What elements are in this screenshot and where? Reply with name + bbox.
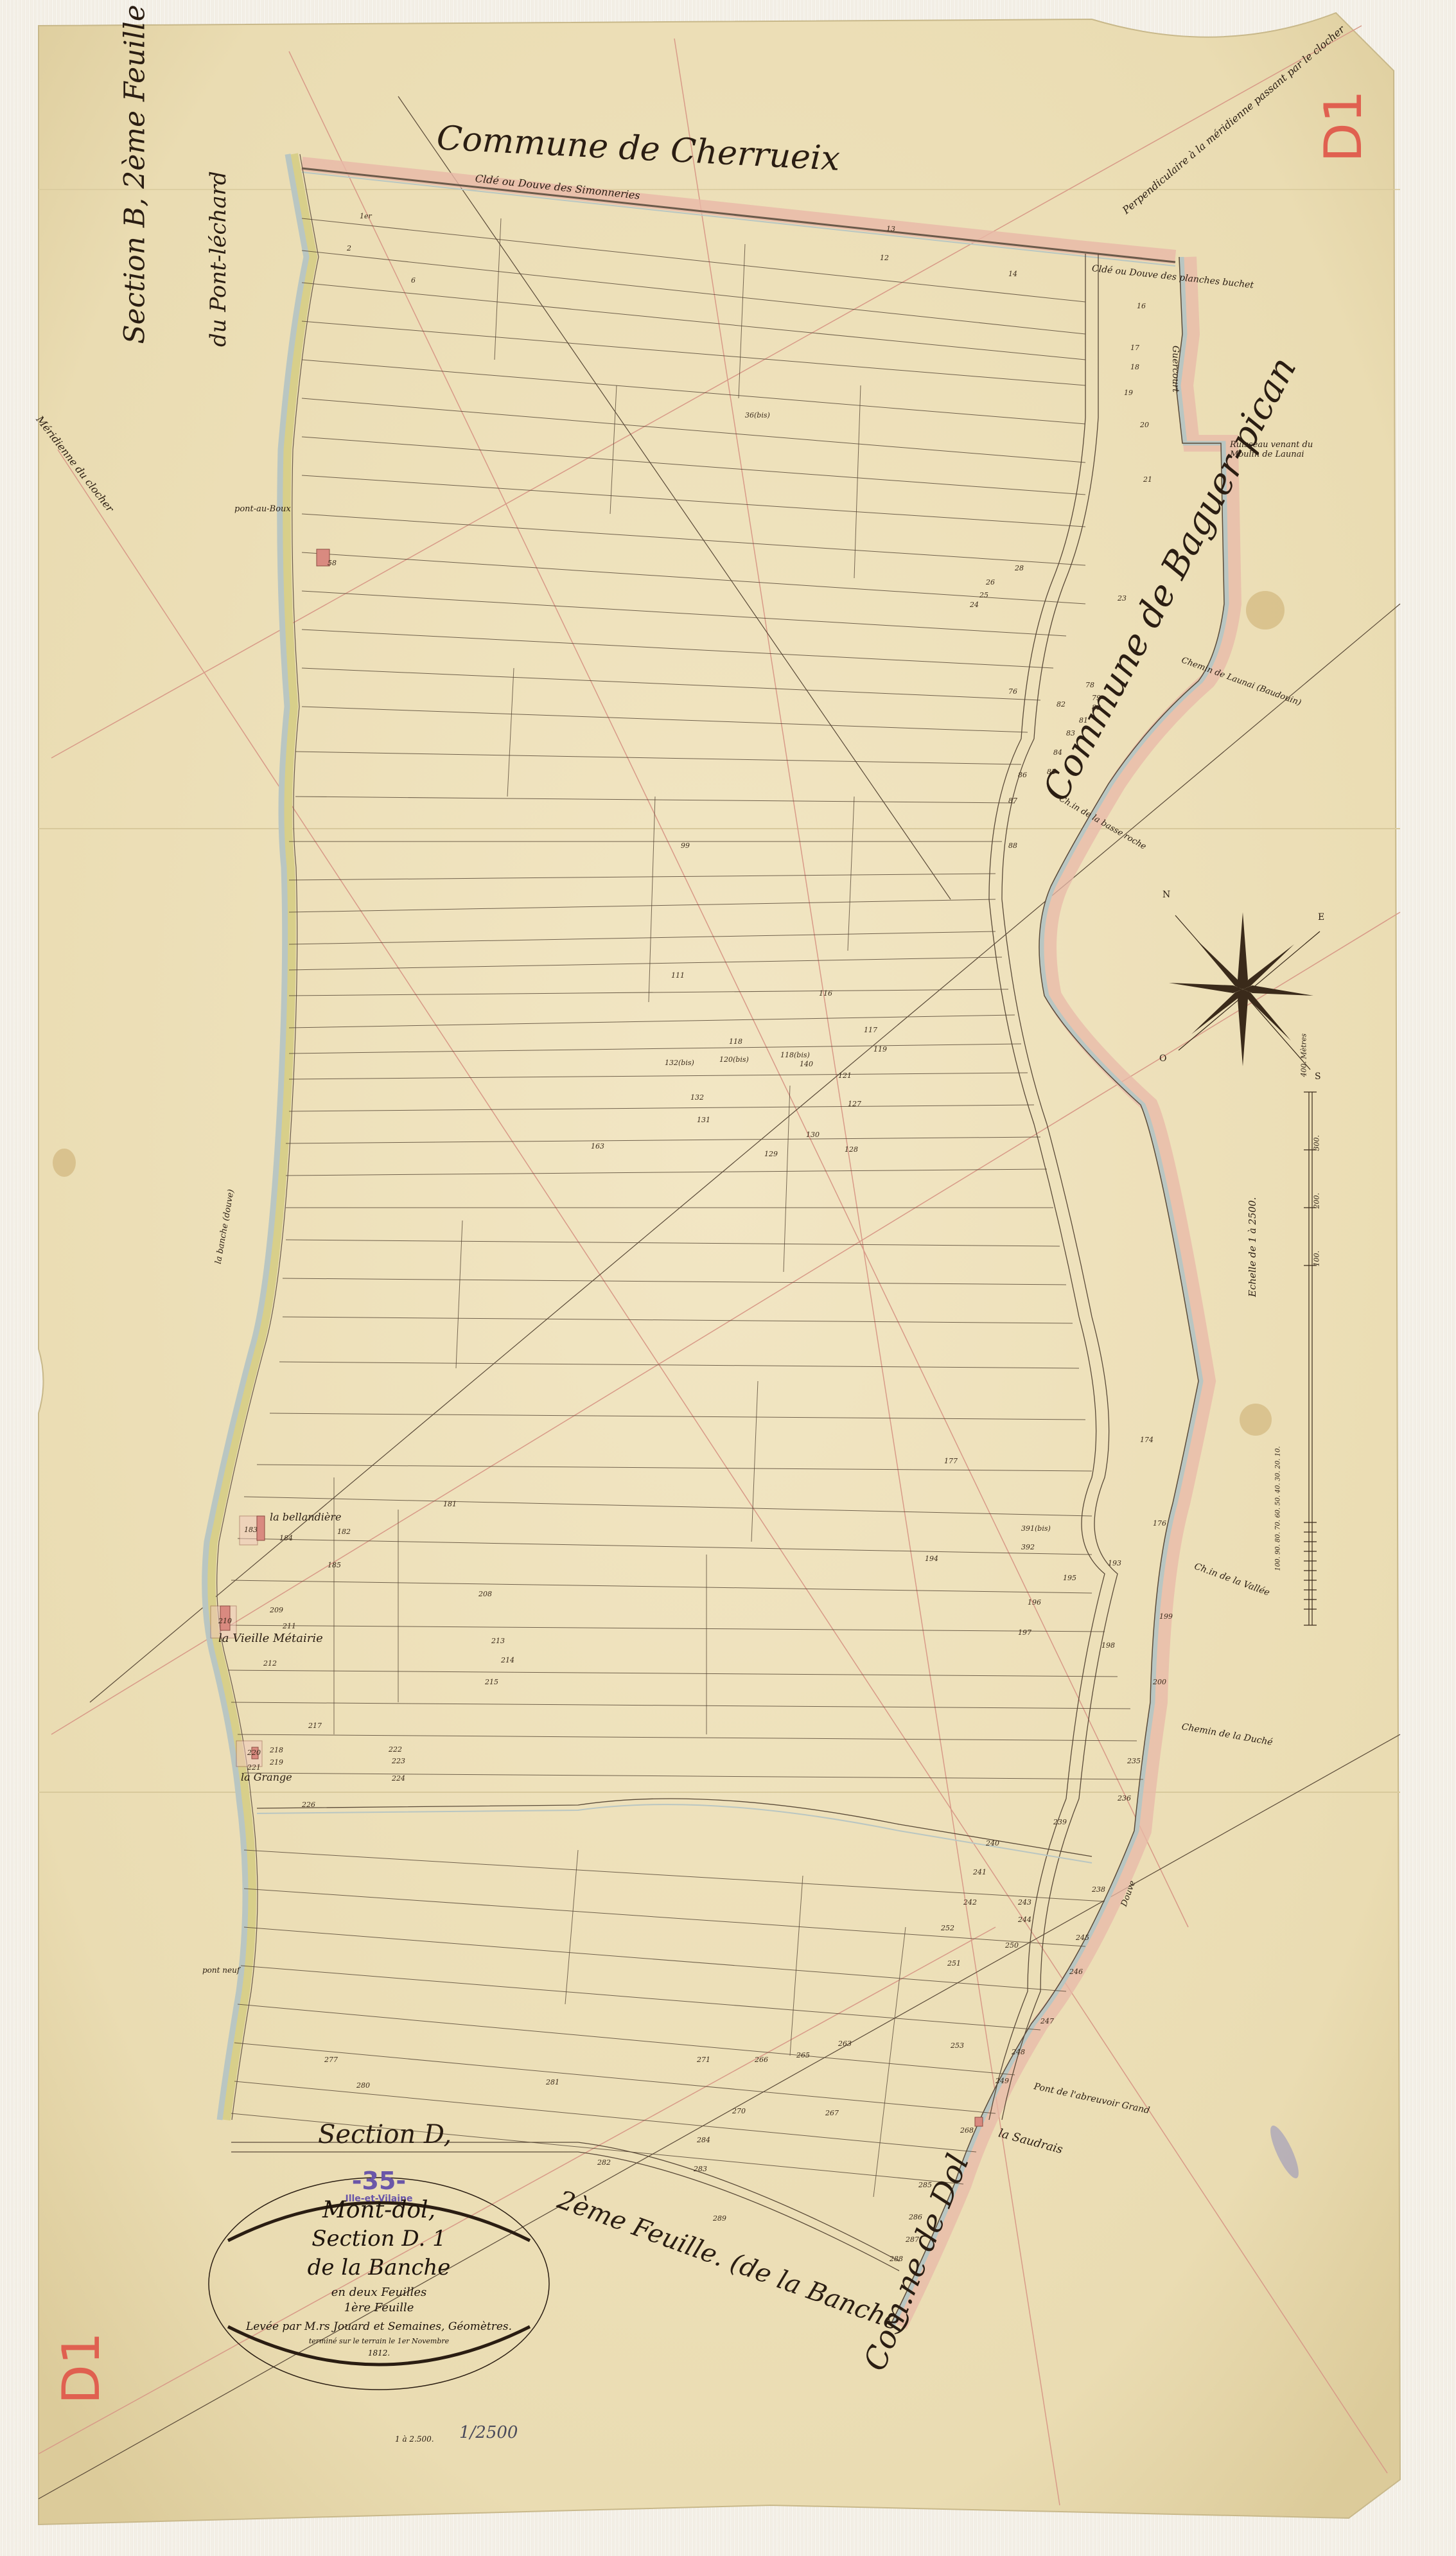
- red-mark-top-right: D1: [1313, 90, 1373, 163]
- parcel-number: 193: [1108, 1559, 1121, 1567]
- parcel-number: 199: [1159, 1612, 1173, 1621]
- parcel-number: 131: [697, 1116, 710, 1124]
- parcel-number: 288: [890, 2255, 903, 2263]
- parcel-number: 84: [1053, 748, 1062, 757]
- parcel-number: 76: [1008, 687, 1017, 696]
- parcel-number: 244: [1018, 1916, 1031, 1924]
- parcel-number: 36(bis): [745, 411, 770, 419]
- parcel-number: 222: [389, 1745, 402, 1754]
- parcel-number: 392: [1021, 1543, 1035, 1551]
- parcel-number: 215: [485, 1678, 498, 1686]
- parcel-number: 280: [356, 2081, 370, 2090]
- cartouche-feuille-num: 1ère Feuille: [206, 2301, 552, 2314]
- parcel-number: 213: [491, 1637, 505, 1645]
- parcel-number: 196: [1028, 1598, 1041, 1607]
- cadastral-map-sheet: Commune de Cherrueix Commune de Baguer-p…: [0, 0, 1456, 2556]
- parcel-number: 16: [1137, 302, 1146, 310]
- parcel-number: 118(bis): [780, 1051, 810, 1059]
- red-mark-bottom-left: D1: [51, 2332, 111, 2404]
- parcel-number: 184: [279, 1534, 293, 1542]
- parcel-number: 253: [951, 2041, 964, 2050]
- parcel-number: 267: [825, 2109, 839, 2117]
- label-la-vieille-metairie: la Vieille Métairie: [218, 1632, 323, 1645]
- label-section-d: Section D,: [318, 2120, 452, 2149]
- parcel-number: 128: [845, 1145, 858, 1154]
- parcel-number: 18: [1130, 363, 1139, 371]
- parcel-number: 116: [819, 989, 832, 998]
- parcel-number: 83: [1066, 729, 1075, 737]
- parcel-number: 99: [681, 842, 690, 850]
- parcel-number: 119: [873, 1045, 887, 1053]
- parcel-number: 271: [697, 2056, 710, 2064]
- parcel-number: 181: [443, 1500, 457, 1508]
- parcel-number: 282: [597, 2158, 611, 2167]
- parcel-number: 163: [591, 1142, 604, 1150]
- parcel-number: 28: [1015, 564, 1024, 572]
- parcel-number: 212: [263, 1659, 277, 1668]
- parcel-number: 197: [1018, 1628, 1031, 1637]
- parcel-number: 263: [838, 2040, 852, 2048]
- parcel-number: 285: [918, 2181, 932, 2189]
- parcel-number: 246: [1069, 1968, 1083, 1976]
- map-linework: [0, 0, 1456, 2556]
- cartouche-lieu: de la Banche: [206, 2255, 552, 2280]
- cartouche-section: Section D. 1: [206, 2226, 552, 2252]
- parcel-number: 226: [302, 1801, 315, 1809]
- parcel-number: 252: [941, 1924, 954, 1932]
- parcel-number: 88: [1008, 842, 1017, 850]
- parcel-number: 209: [270, 1606, 283, 1614]
- label-la-bellandiere: la bellandière: [270, 1511, 341, 1523]
- parcel-number: 183: [244, 1526, 258, 1534]
- parcel-number: 200: [1153, 1678, 1166, 1686]
- parcel-number: 174: [1140, 1436, 1153, 1444]
- parcel-number: 140: [800, 1060, 813, 1068]
- parcel-number: 19: [1124, 389, 1133, 397]
- parcel-number: 80: [1092, 703, 1101, 712]
- parcel-number: 235: [1127, 1757, 1141, 1765]
- parcel-number: 219: [270, 1758, 283, 1767]
- parcel-number: 247: [1040, 2017, 1054, 2025]
- parcel-number: 250: [1005, 1941, 1019, 1950]
- parcel-number: 287: [906, 2235, 919, 2244]
- parcel-number: 6: [411, 276, 416, 285]
- parcel-number: 23: [1118, 594, 1127, 603]
- parcel-number: 78: [1085, 681, 1094, 689]
- parcel-number: 25: [979, 591, 988, 599]
- parcel-number: 79: [1092, 694, 1101, 702]
- parcel-number: 211: [283, 1622, 296, 1630]
- parcel-number: 238: [1092, 1885, 1105, 1894]
- cartouche-scale-note: 1 à 2.500.: [395, 2435, 434, 2444]
- scale-bar-title: Echelle de 1 à 2500.: [1247, 1197, 1258, 1297]
- parcel-number: 17: [1130, 344, 1139, 352]
- parcel-number: 120(bis): [719, 1055, 749, 1064]
- parcel-number: 284: [697, 2136, 710, 2144]
- parcel-number: 240: [986, 1839, 999, 1847]
- parcel-number: 266: [755, 2056, 768, 2064]
- parcel-number: 13: [886, 225, 895, 233]
- compass-north-label: N: [1162, 890, 1170, 900]
- cartouche-commune: Mont-dol,: [206, 2197, 552, 2223]
- cartouche-scale-fraction: 1/2500: [459, 2423, 518, 2442]
- parcel-number: 251: [947, 1959, 961, 1968]
- parcel-number: 245: [1076, 1934, 1089, 1942]
- scale-bar-major-200: 200.: [1313, 1193, 1321, 1209]
- parcel-number: 176: [1153, 1519, 1166, 1528]
- parcel-number: 270: [732, 2107, 746, 2115]
- parcel-number: 82: [1057, 700, 1066, 709]
- compass-west-label: O: [1159, 1053, 1166, 1064]
- parcel-number: 130: [806, 1131, 820, 1139]
- label-la-grange: la Grange: [241, 1771, 292, 1783]
- cartouche-feuilles: en deux Feuilles: [206, 2286, 552, 2299]
- scale-bar-major-300: 300.: [1313, 1135, 1321, 1151]
- parcel-number: 118: [729, 1037, 742, 1046]
- label-section-b: Section B, 2ème Feuille: [119, 4, 152, 344]
- parcel-number: 224: [392, 1774, 405, 1783]
- parcel-number: 26: [986, 578, 995, 586]
- parcel-number: 12: [880, 254, 889, 262]
- cartouche-year: 1812.: [206, 2349, 552, 2358]
- cartouche-completed: terminé sur le terrain le 1er Novembre: [206, 2337, 552, 2345]
- parcel-number: 111: [671, 971, 685, 980]
- parcel-number: 177: [944, 1457, 958, 1465]
- parcel-number: 281: [546, 2078, 559, 2086]
- parcel-number: 129: [764, 1150, 778, 1158]
- parcel-number: 217: [308, 1722, 322, 1730]
- cartouche: Mont-dol, Section D. 1 de la Banche en d…: [206, 2178, 552, 2390]
- parcel-number: 182: [337, 1528, 351, 1536]
- parcel-number: 286: [909, 2213, 922, 2221]
- parcel-number: 241: [973, 1868, 987, 1876]
- parcel-number: 121: [838, 1071, 852, 1080]
- parcel-number: 127: [848, 1100, 861, 1108]
- parcel-number: 277: [324, 2056, 338, 2064]
- parcel-number: 221: [247, 1763, 261, 1772]
- parcel-number: 24: [970, 601, 979, 609]
- scale-bar-major-400: 400. Mètres: [1300, 1034, 1308, 1077]
- parcel-number: 117: [864, 1026, 877, 1034]
- parcel-number: 214: [501, 1656, 514, 1664]
- parcel-number: 242: [963, 1898, 977, 1907]
- parcel-number: 20: [1140, 421, 1149, 429]
- parcel-number: 132: [690, 1093, 704, 1102]
- parcel-number: 391(bis): [1021, 1524, 1051, 1533]
- parcel-number: 218: [270, 1746, 283, 1754]
- parcel-number: 21: [1143, 475, 1152, 484]
- parcel-number: 249: [996, 2077, 1009, 2085]
- label-guercourt: Guercourt: [1170, 346, 1180, 392]
- parcel-number: 1er: [360, 212, 372, 220]
- cartouche-surveyors: Levée par M.rs Jouard et Semaines, Géomè…: [206, 2320, 552, 2333]
- parcel-number: 236: [1118, 1794, 1131, 1802]
- parcel-number: 283: [694, 2165, 707, 2173]
- label-section-b-sub: du Pont-léchard: [206, 171, 231, 347]
- parcel-number: 87: [1008, 797, 1017, 805]
- scale-bar-major-100: 100.: [1313, 1251, 1321, 1267]
- label-ruisseau: Ruisseau venant du Moulin de Launai: [1230, 440, 1326, 459]
- parcel-number: 195: [1063, 1574, 1076, 1582]
- parcel-number: 289: [713, 2214, 726, 2223]
- parcel-number: 223: [392, 1757, 405, 1765]
- label-pont-au-boux: pont-au-Boux: [234, 504, 291, 514]
- parcel-number: 85: [1047, 768, 1056, 776]
- parcel-number: 194: [925, 1555, 938, 1563]
- parcel-number: 86: [1018, 771, 1027, 779]
- parcel-number: 58: [328, 559, 337, 567]
- parcel-number: 81: [1079, 716, 1088, 725]
- parcel-number: 132(bis): [665, 1059, 694, 1067]
- parcel-number: 185: [328, 1561, 341, 1569]
- parcel-number: 248: [1012, 2048, 1025, 2056]
- compass-east-label: E: [1318, 912, 1324, 922]
- parcel-number: 208: [478, 1590, 492, 1598]
- parcel-number: 268: [960, 2126, 974, 2135]
- parcel-number: 239: [1053, 1818, 1067, 1826]
- label-pont-neuf: pont neuf: [202, 1966, 240, 1975]
- parcel-number: 220: [247, 1749, 261, 1757]
- scale-bar-minor: 100. 90. 80. 70. 60. 50. 40. 30. 20. 10.: [1275, 1446, 1282, 1571]
- parcel-number: 2: [347, 244, 351, 252]
- parcel-number: 210: [218, 1617, 232, 1625]
- compass-south-label: S: [1315, 1071, 1321, 1082]
- parcel-number: 265: [796, 2051, 810, 2059]
- parcel-number: 198: [1101, 1641, 1115, 1650]
- parcel-number: 243: [1018, 1898, 1031, 1907]
- parcel-number: 14: [1008, 270, 1017, 278]
